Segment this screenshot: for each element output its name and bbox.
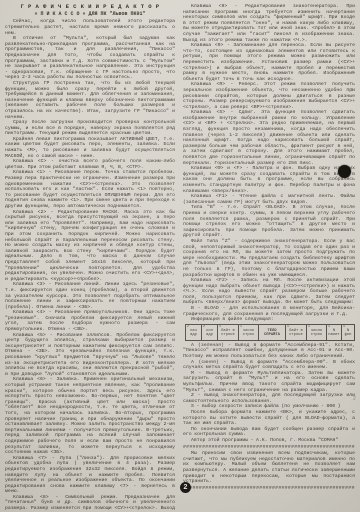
table-header-label: кон адр <box>203 329 216 337</box>
byte-count-sup: 1 <box>308 325 310 328</box>
margin-pencil-mark: 2 <box>353 396 356 402</box>
divider-row: ########################################… <box>183 486 355 492</box>
left-column: Г Р А Ф И Ч Е С К И Й Р Е Д А К Т О Р « … <box>5 4 175 512</box>
byte-count-sup: 1 <box>343 325 345 328</box>
table-cell: 1 байт в строке <box>218 325 239 340</box>
right-column-paragraphs-top: Клавиша <9> - Редактирование знакогенера… <box>183 4 355 323</box>
paragraph: Клавиша <5> - Рисование эллипсов. Пробел… <box>5 333 175 378</box>
table-cell: 1 N палит <box>327 325 342 340</box>
paragraph: Структура ГР построена так, что бы из лю… <box>5 81 175 120</box>
paragraph: По окончании вывода вам будет сообщен ра… <box>183 427 355 438</box>
paragraph: В отличие от "Мульта", который был задум… <box>5 36 175 81</box>
paragraph: Информация в файле следующая: <box>183 317 355 323</box>
table-cell: 1 N фон <box>342 325 354 340</box>
table-header-label: нач адр <box>187 329 200 337</box>
paragraph: Клавиша <8> - Символьный режим. Предназн… <box>5 495 175 512</box>
scanned-document-page: Г Р А Ф И Ч Е С К И Й Р Е Д А К Т О Р « … <box>0 0 360 512</box>
paragraph: В - BLOAD - для использования в мониторе… <box>183 306 355 317</box>
table-header-label: число строк <box>308 329 325 337</box>
paragraph: А (синяя) - Вывод в формате "Ассемблера-… <box>183 360 355 371</box>
page-title: Г Р А Ф И Ч Е С К И Й Р Е Д А К Т О Р <box>5 4 175 10</box>
paragraph: Клавиша <С> - очистка всего рабочего пол… <box>5 159 175 170</box>
divider-row: ########################################… <box>183 445 355 451</box>
table-header-label: ТЕЛО СПРАЙТА <box>260 329 284 337</box>
paragraph: Клавиша <1> - Рисование пером. Точка ста… <box>5 170 175 209</box>
paragraph: Файл типа "Z" - содержимое знакогенерато… <box>183 239 355 278</box>
paragraph: Клавиша <2> - Редактирование МАСКИ. Маск… <box>5 210 175 283</box>
sprite-file-format-table: 2 нач адр 2 кон адр 1 байт в строке 1 чи… <box>185 324 355 341</box>
paragraph: Клавиша <F1> - Чтение файла с магнитной … <box>183 194 355 205</box>
table-cell: 1 число строк <box>307 325 327 340</box>
paragraph: Клавиша <0> - Запоминание для переноса. … <box>183 43 355 82</box>
page-subtitle: « П И К А С С О » ДЛЯ ПК "Львов ПК01" <box>5 11 175 17</box>
paragraph: Сразу после загрузки производится провер… <box>5 120 175 137</box>
table-header-label: N фон <box>343 329 353 337</box>
scan-speck <box>351 88 353 91</box>
paragraph: Z - вывод знакогенератора, для последующ… <box>183 393 355 404</box>
paragraph: Клавиша <R> - Реверс. Этот режим позволя… <box>183 82 355 110</box>
byte-count-sup: 1 <box>328 325 330 328</box>
table-cell: ТЕЛО СПРАЙТА <box>259 325 286 340</box>
table-header-label: байт в строке <box>287 329 305 337</box>
paragraph: Клавиша <4> - Рисование прямоугольников.… <box>5 310 175 332</box>
table-cell: 1 число строк <box>239 325 259 340</box>
table-cell: 1 байт в строке <box>286 325 307 340</box>
paragraph: Клавиша <6> - Заливка. Применен оригинал… <box>5 377 175 455</box>
byte-count-sup: 1 <box>219 325 221 328</box>
byte-count-sup: 2 <box>203 325 205 328</box>
paragraph: Клавиша <7> - Лупа ("линза"). Для прорис… <box>5 456 175 495</box>
byte-count-sup: 1 <box>287 325 289 328</box>
paragraph: Клавиша <F2> - Запись на МЛ. После актив… <box>183 278 355 306</box>
paragraph: Клавиша <9> - Редактирование знакогенера… <box>183 4 355 43</box>
paragraph: После выбора формата нажмите <ВК>, и ука… <box>183 410 355 427</box>
byte-count-sup: 1 <box>240 325 242 328</box>
paragraph: Крайняя левая пиктограмма показывает АКТ… <box>5 137 175 159</box>
table-header-label: N палит <box>328 329 340 337</box>
table-cell: 2 кон адр <box>202 325 218 340</box>
table-header-label: число строк <box>240 329 257 337</box>
paragraph: М - Вывод в формате Мультипликатора. Зат… <box>183 371 355 393</box>
byte-count-sup: 2 <box>187 325 189 328</box>
table-header-label: байт в строке <box>219 329 237 337</box>
paragraph: Сейчас, когда число пользователей этого … <box>5 19 175 36</box>
apology-paragraph: Мы приносим свои извинения всем подписчи… <box>183 451 355 485</box>
paragraph: Клавиша <3> - Рисование линий. Линии зде… <box>5 282 175 310</box>
paragraph: Типа "В" - т.е. Спрайт <BLOAD>. В этом с… <box>183 205 355 239</box>
paragraph: Клавиша <S> - Сдвиг. Эта функция позволя… <box>183 110 355 166</box>
table-cell: 2 нач адр <box>186 325 202 340</box>
punch-hole-mark <box>338 165 351 178</box>
left-column-paragraphs: Сейчас, когда число пользователей этого … <box>5 19 175 512</box>
right-column: Клавиша <9> - Редактирование знакогенера… <box>183 4 355 512</box>
page-number-badge: 2 <box>180 482 191 493</box>
right-column-paragraphs-bottom: А (зеленая) - Вывод в формате "Ассемблер… <box>183 343 355 444</box>
paragraph: Клавиши <Ф> и <F> - Палитра и фон. Выбра… <box>183 166 355 194</box>
paragraph: Автор этой программы - А.К. Попов, г. Мо… <box>183 438 355 444</box>
paragraph: А (зеленая) - Вывод в формате "Ассемблер… <box>183 343 355 360</box>
scan-speck <box>352 71 354 73</box>
